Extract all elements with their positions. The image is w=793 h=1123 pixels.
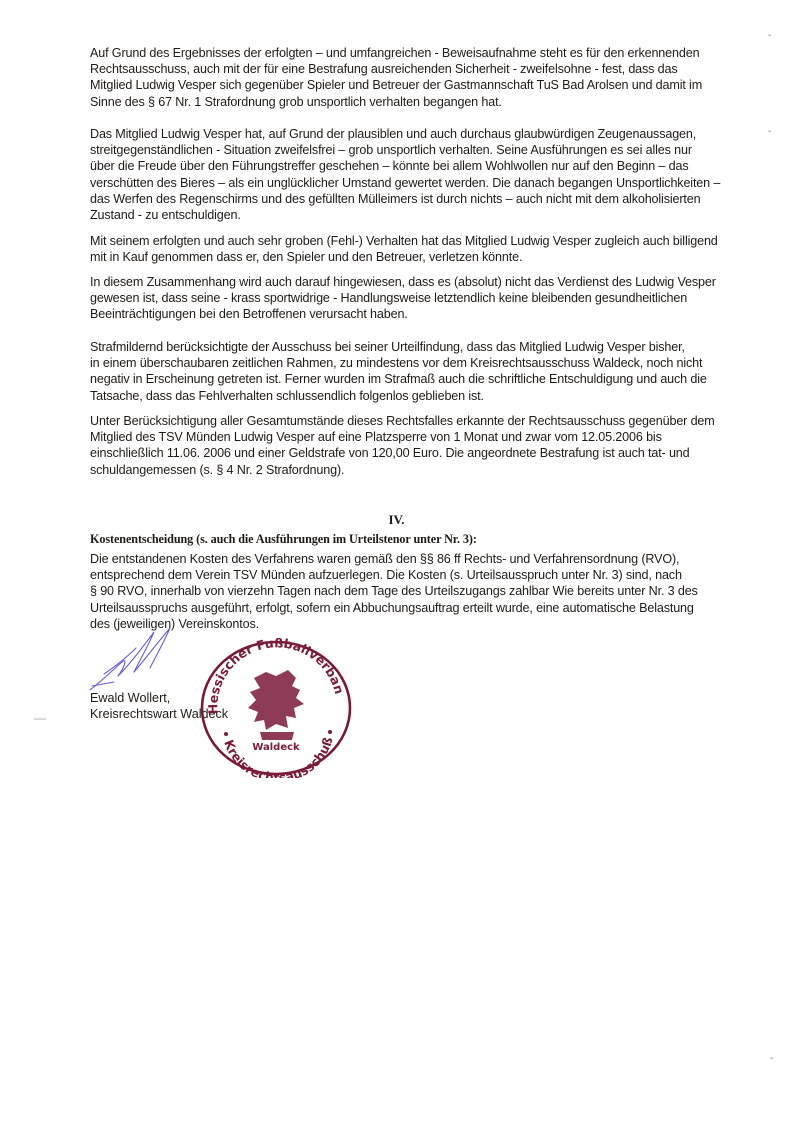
paragraph-mitigation: Strafmildernd berücksichtigte der Aussch… <box>90 339 770 404</box>
document-page: Auf Grund des Ergebnisses der erfolgten … <box>0 0 793 1123</box>
stamp-center-text: Waldeck <box>252 742 300 753</box>
paragraph-costs: Die entstandenen Kosten des Verfahrens w… <box>90 551 770 632</box>
lion-emblem-icon <box>248 670 304 740</box>
association-stamp: Hessischer Fußballverband Kreisrechtsaus… <box>196 636 354 778</box>
section-number: IV. <box>0 512 793 528</box>
section-heading: Kostenentscheidung (s. auch die Ausführu… <box>90 532 477 547</box>
paragraph-sentence: Unter Berücksichtigung aller Gesamtumstä… <box>90 413 770 478</box>
paragraph-intent: Mit seinem erfolgten und auch sehr grobe… <box>90 233 770 265</box>
margin-mark: - <box>768 126 771 137</box>
paragraph-findings: Auf Grund des Ergebnisses der erfolgten … <box>90 45 770 110</box>
handwritten-signature <box>84 624 184 694</box>
margin-mark: - <box>768 30 771 41</box>
paragraph-context: In diesem Zusammenhang wird auch darauf … <box>90 274 770 323</box>
scan-artifact <box>34 718 46 720</box>
paragraph-testimony: Das Mitglied Ludwig Vesper hat, auf Grun… <box>90 126 770 223</box>
margin-mark: - <box>770 1053 773 1064</box>
